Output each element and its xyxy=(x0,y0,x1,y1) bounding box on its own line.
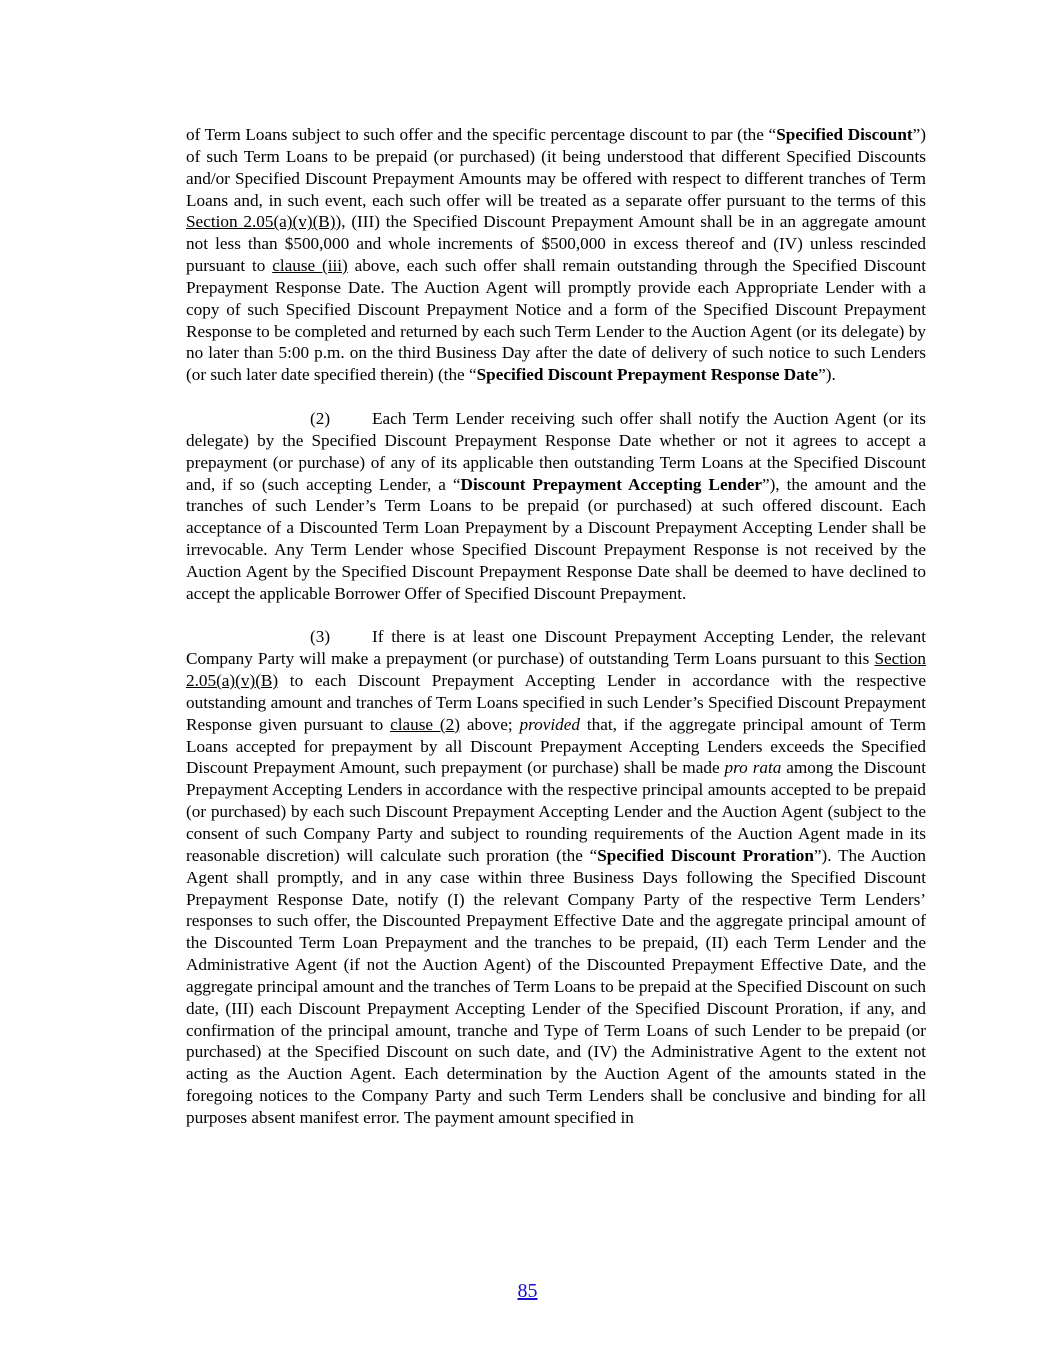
cross-reference: Section 2.05(a)(v)(B) xyxy=(186,212,335,231)
paragraph-continuation: of Term Loans subject to such offer and … xyxy=(186,124,926,386)
defined-term: Specified Discount xyxy=(776,125,912,144)
cross-reference: clause (2) xyxy=(390,715,460,734)
defined-term: Discount Prepayment Accepting Lender xyxy=(461,475,762,494)
defined-term: Specified Discount Prepayment Response D… xyxy=(477,365,819,384)
emphasis: provided xyxy=(520,715,580,734)
paragraph-body: If there is at least one Discount Prepay… xyxy=(186,627,926,1127)
cross-reference: clause (iii) xyxy=(272,256,348,275)
text-run: ”). The Auction Agent shall promptly, an… xyxy=(186,846,926,1127)
paragraph-3: (3)If there is at least one Discount Pre… xyxy=(186,626,926,1128)
text-run: above; xyxy=(460,715,520,734)
paragraph-2: (2)Each Term Lender receiving such offer… xyxy=(186,408,926,605)
text-run: If there is at least one Discount Prepay… xyxy=(186,627,926,668)
paragraph-body: Each Term Lender receiving such offer sh… xyxy=(186,409,926,603)
page-number-link[interactable]: 85 xyxy=(0,1280,1055,1303)
defined-term: Specified Discount Proration xyxy=(597,846,814,865)
paragraph-number: (2) xyxy=(310,408,372,430)
text-run: ”). xyxy=(818,365,836,384)
document-page: of Term Loans subject to such offer and … xyxy=(186,124,926,1151)
paragraph-number: (3) xyxy=(310,626,372,648)
text-run: of Term Loans subject to such offer and … xyxy=(186,125,776,144)
emphasis: pro rata xyxy=(725,758,782,777)
